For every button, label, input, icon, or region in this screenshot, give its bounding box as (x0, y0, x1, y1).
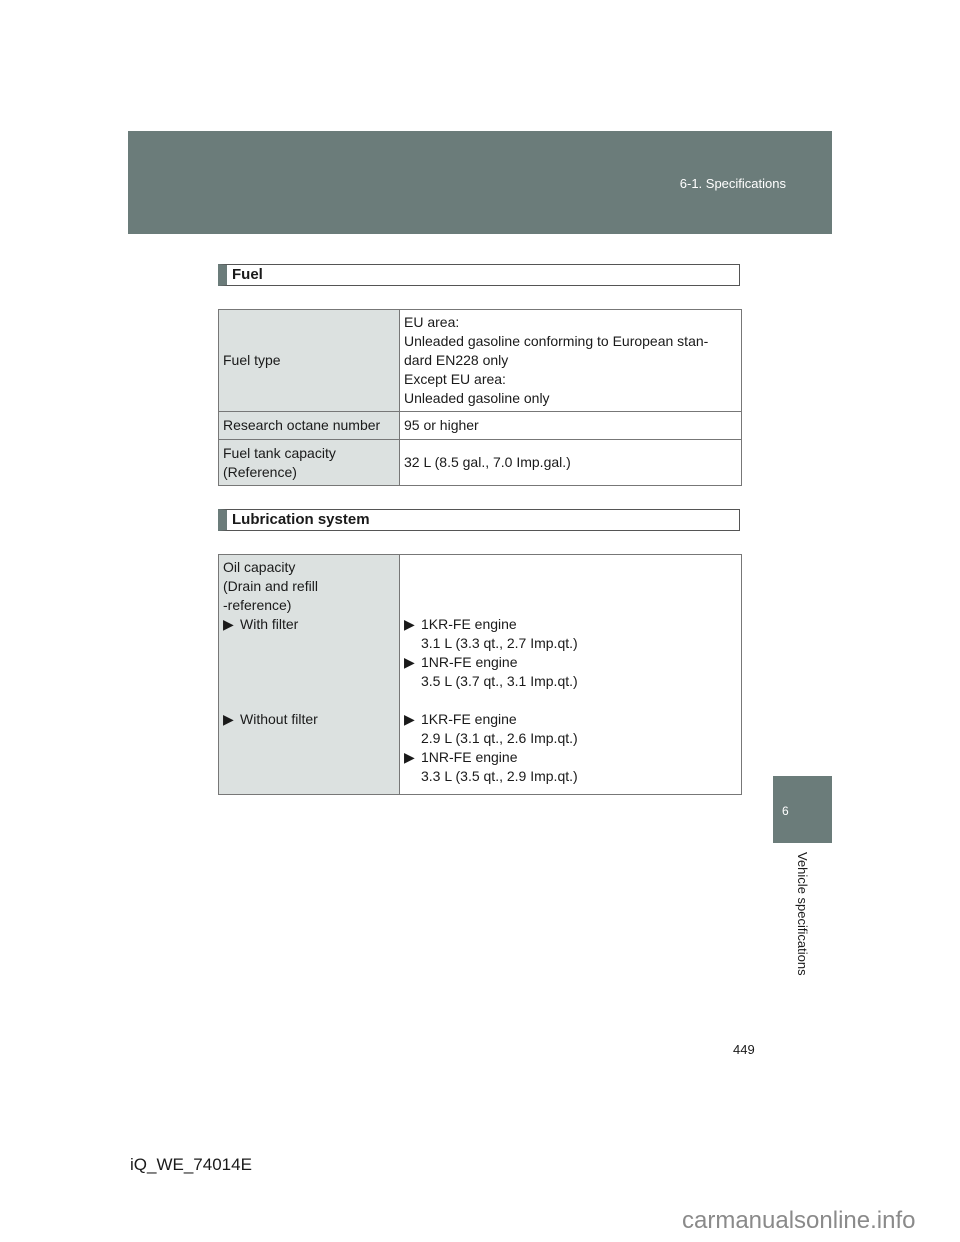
page-header-band: 6-1. Specifications (128, 131, 832, 234)
triangle-right-icon: ▶ (223, 710, 240, 729)
tank-capacity-label: Fuel tank capacity (Reference) (219, 440, 400, 486)
engine-text: 1NR-FE engine (421, 749, 518, 765)
fuel-type-label: Fuel type (219, 310, 400, 412)
engine-text: 1KR-FE engine (421, 616, 517, 632)
without-filter-text: Without filter (240, 711, 318, 727)
table-row: Oil capacity (Drain and refill -referenc… (219, 555, 742, 795)
fuel-type-value: EU area: Unleaded gasoline conforming to… (400, 310, 742, 412)
engine-capacity: 2.9 L (3.1 qt., 2.6 Imp.qt.) (404, 729, 737, 748)
chapter-number: 6 (782, 804, 789, 818)
table-row: Research octane number 95 or higher (219, 412, 742, 440)
tank-capacity-value: 32 L (8.5 gal., 7.0 Imp.gal.) (400, 440, 742, 486)
label-line: Oil capacity (223, 558, 395, 577)
with-filter-label: ▶With filter (223, 615, 395, 634)
with-filter-text: With filter (240, 616, 298, 632)
page-number: 449 (733, 1042, 755, 1057)
triangle-right-icon: ▶ (404, 653, 421, 672)
value-line: dard EN228 only (404, 351, 737, 370)
octane-value: 95 or higher (400, 412, 742, 440)
engine-text: 1NR-FE engine (421, 654, 518, 670)
label-line: Fuel tank capacity (223, 444, 395, 463)
table-row: Fuel type EU area: Unleaded gasoline con… (219, 310, 742, 412)
watermark-link[interactable]: carmanualsonline.info (682, 1207, 915, 1235)
fuel-table: Fuel type EU area: Unleaded gasoline con… (218, 309, 742, 486)
value-line: Except EU area: (404, 370, 737, 389)
chapter-label: Vehicle specifications (794, 852, 810, 992)
label-line: (Drain and refill (223, 577, 395, 596)
engine-name: ▶1KR-FE engine (404, 615, 737, 634)
value-line: Unleaded gasoline conforming to European… (404, 332, 737, 351)
section-title: 6-1. Specifications (680, 176, 786, 191)
oil-capacity-label: Oil capacity (Drain and refill -referenc… (219, 555, 400, 795)
engine-capacity: 3.1 L (3.3 qt., 2.7 Imp.qt.) (404, 634, 737, 653)
document-code: iQ_WE_74014E (130, 1155, 252, 1175)
oil-capacity-value: ▶1KR-FE engine 3.1 L (3.3 qt., 2.7 Imp.q… (400, 555, 742, 795)
engine-capacity: 3.5 L (3.7 qt., 3.1 Imp.qt.) (404, 672, 737, 691)
triangle-right-icon: ▶ (404, 710, 421, 729)
fuel-heading: Fuel (218, 264, 740, 286)
chapter-tab: 6 (773, 776, 832, 843)
triangle-right-icon: ▶ (404, 748, 421, 767)
table-row: Fuel tank capacity (Reference) 32 L (8.5… (219, 440, 742, 486)
value-line: EU area: (404, 313, 737, 332)
lubrication-table: Oil capacity (Drain and refill -referenc… (218, 554, 742, 795)
engine-name: ▶1KR-FE engine (404, 710, 737, 729)
without-filter-label: ▶Without filter (223, 710, 395, 729)
engine-name: ▶1NR-FE engine (404, 748, 737, 767)
octane-label: Research octane number (219, 412, 400, 440)
engine-text: 1KR-FE engine (421, 711, 517, 727)
value-line: Unleaded gasoline only (404, 389, 737, 408)
engine-capacity: 3.3 L (3.5 qt., 2.9 Imp.qt.) (404, 767, 737, 786)
label-line: (Reference) (223, 463, 395, 482)
triangle-right-icon: ▶ (223, 615, 240, 634)
label-line: -reference) (223, 596, 395, 615)
triangle-right-icon: ▶ (404, 615, 421, 634)
engine-name: ▶1NR-FE engine (404, 653, 737, 672)
lubrication-heading: Lubrication system (218, 509, 740, 531)
